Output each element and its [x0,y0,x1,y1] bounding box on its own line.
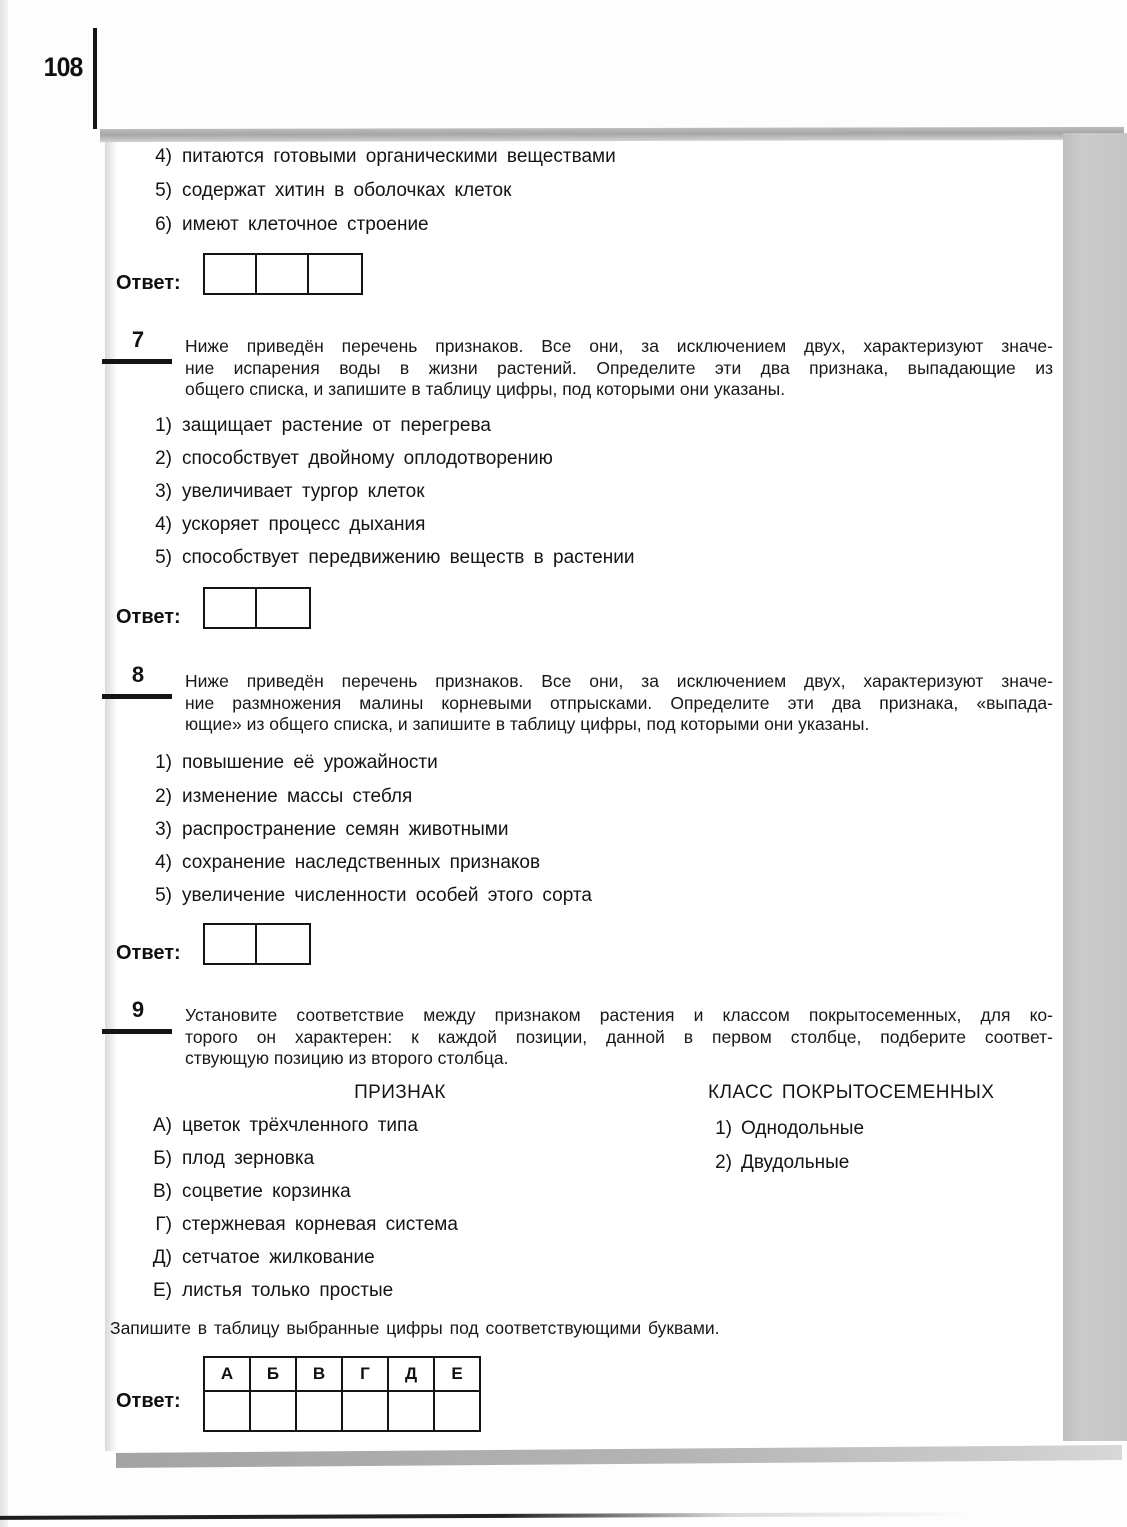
question-number: 7 [103,327,173,353]
item-text: содержат хитин в оболочках клеток [182,180,511,202]
question-intro-line: ствующую позицию из второго столбца. [185,1048,1053,1070]
question-intro-line: ние испарения воды в жизни растений. Опр… [185,358,1053,380]
answer-label: Ответ: [116,272,181,295]
page-corner-rule [93,28,97,129]
question-number: 9 [103,997,173,1023]
question-intro-line: Ниже приведён перечень признаков. Все он… [185,336,1053,358]
item-number: 2) [708,1152,732,1174]
item-letter: В) [138,1181,172,1203]
item-number: 5) [138,180,172,202]
match-right-header: КЛАСС ПОКРЫТОСЕМЕННЫХ [708,1082,994,1104]
answer-table-header-row: А Б В Г Д Е [204,1357,480,1391]
list-item: 2) изменение массы стебля [138,786,412,808]
list-item: 2) способствует двойному оплодотворению [138,448,553,470]
list-item: 4) питаются готовыми органическими вещес… [138,146,616,168]
item-text: повышение её урожайности [182,752,438,774]
item-number: 4) [138,146,172,168]
item-number: 3) [138,481,172,503]
question-number: 8 [103,662,173,688]
table-header-cell: Г [342,1357,388,1391]
list-item: В) соцветие корзинка [138,1181,351,1203]
item-text: распространение семян животными [182,819,508,841]
answer-box [203,587,311,629]
list-item: 4) сохранение наследственных признаков [138,852,540,874]
item-letter: Е) [138,1280,172,1302]
list-item: 3) распространение семян животными [138,819,508,841]
item-text: плод зерновка [182,1148,314,1170]
answer-cell[interactable] [205,925,257,963]
list-item: 6) имеют клеточное строение [138,214,429,236]
item-text: защищает растение от перегрева [182,415,491,437]
instruction-text: Запишите в таблицу выбранные цифры под с… [110,1318,720,1339]
table-input-cell[interactable] [388,1391,434,1431]
item-text: способствует передвижению веществ в раст… [182,547,634,569]
item-text: сетчатое жилкование [182,1247,375,1269]
list-item: 5) содержат хитин в оболочках клеток [138,180,511,202]
answer-cell[interactable] [257,925,309,963]
answer-cell[interactable] [257,255,309,293]
list-item: А) цветок трёхчленного типа [138,1115,418,1137]
question-intro: Ниже приведён перечень признаков. Все он… [185,671,1053,736]
scan-gray-band-right [1063,133,1127,1441]
item-text: способствует двойному оплодотворению [182,448,553,470]
item-number: 2) [138,786,172,808]
item-number: 6) [138,214,172,236]
table-input-cell[interactable] [434,1391,480,1431]
list-item: Д) сетчатое жилкование [138,1247,375,1269]
list-item: Б) плод зерновка [138,1148,314,1170]
scan-left-edge [0,0,8,1527]
question-number-rule [102,1029,172,1034]
item-number: 5) [138,547,172,569]
answer-label: Ответ: [116,942,181,965]
question-intro-line: торого он характерен: к каждой позиции, … [185,1027,1053,1049]
item-number: 1) [138,752,172,774]
answer-cell[interactable] [309,255,361,293]
item-number: 3) [138,819,172,841]
item-text: Однодольные [741,1118,864,1140]
item-number: 4) [138,514,172,536]
answer-cell[interactable] [257,589,309,627]
list-item: 3) увеличивает тургор клеток [138,481,425,503]
question-intro-line: Ниже приведён перечень признаков. Все он… [185,671,1053,693]
answer-label: Ответ: [116,1390,181,1413]
list-item: 2) Двудольные [708,1152,849,1174]
item-letter: Д) [138,1247,172,1269]
question-intro: Установите соответствие между признаком … [185,1005,1053,1070]
table-input-cell[interactable] [342,1391,388,1431]
scanned-page: 108 4) питаются готовыми органическими в… [0,0,1127,1527]
table-header-cell: А [204,1357,250,1391]
item-text: увеличение численности особей этого сорт… [182,885,592,907]
question-intro-line: ние размножения малины корневыми отпрыск… [185,693,1053,715]
item-text: сохранение наследственных признаков [182,852,540,874]
table-header-cell: Б [250,1357,296,1391]
item-letter: А) [138,1115,172,1137]
item-text: увеличивает тургор клеток [182,481,425,503]
item-text: соцветие корзинка [182,1181,351,1203]
item-text: листья только простые [182,1280,393,1302]
item-text: стержневая корневая система [182,1214,458,1236]
list-item: Г) стержневая корневая система [138,1214,458,1236]
question-intro: Ниже приведён перечень признаков. Все он… [185,336,1053,401]
item-text: ускоряет процесс дыхания [182,514,425,536]
answer-table-input-row [204,1391,480,1431]
list-item: 1) Однодольные [708,1118,864,1140]
answer-cell[interactable] [205,589,257,627]
item-text: питаются готовыми органическими вещества… [182,146,616,168]
scan-shadow-top [100,127,1124,142]
page-number: 108 [44,52,83,83]
question-intro-line: ющие» из общего списка, и запишите в таб… [185,714,1053,736]
item-number: 1) [138,415,172,437]
item-letter: Б) [138,1148,172,1170]
answer-table: А Б В Г Д Е [203,1356,481,1432]
table-input-cell[interactable] [204,1391,250,1431]
list-item: 4) ускоряет процесс дыхания [138,514,425,536]
table-header-cell: Е [434,1357,480,1391]
item-letter: Г) [138,1214,172,1236]
match-left-header: ПРИЗНАК [185,1082,615,1104]
list-item: Е) листья только простые [138,1280,393,1302]
answer-cell[interactable] [205,255,257,293]
scan-bottom-line [0,1512,972,1520]
list-item: 5) увеличение численности особей этого с… [138,885,592,907]
item-text: Двудольные [741,1152,849,1174]
item-number: 5) [138,885,172,907]
question-intro-line: Установите соответствие между признаком … [185,1005,1053,1027]
answer-box [203,253,363,295]
item-text: изменение массы стебля [182,786,412,808]
table-input-cell[interactable] [250,1391,296,1431]
item-text: цветок трёхчленного типа [182,1115,418,1137]
item-number: 2) [138,448,172,470]
table-header-cell: Д [388,1357,434,1391]
list-item: 5) способствует передвижению веществ в р… [138,547,634,569]
item-number: 4) [138,852,172,874]
question-number-rule [102,359,172,364]
answer-box [203,923,311,965]
item-number: 1) [708,1118,732,1140]
table-header-cell: В [296,1357,342,1391]
answer-label: Ответ: [116,606,181,629]
question-number-rule [102,694,172,699]
question-intro-line: общего списка, и запишите в таблицу цифр… [185,379,1053,401]
list-item: 1) защищает растение от перегрева [138,415,491,437]
item-text: имеют клеточное строение [182,214,429,236]
list-item: 1) повышение её урожайности [138,752,438,774]
table-input-cell[interactable] [296,1391,342,1431]
